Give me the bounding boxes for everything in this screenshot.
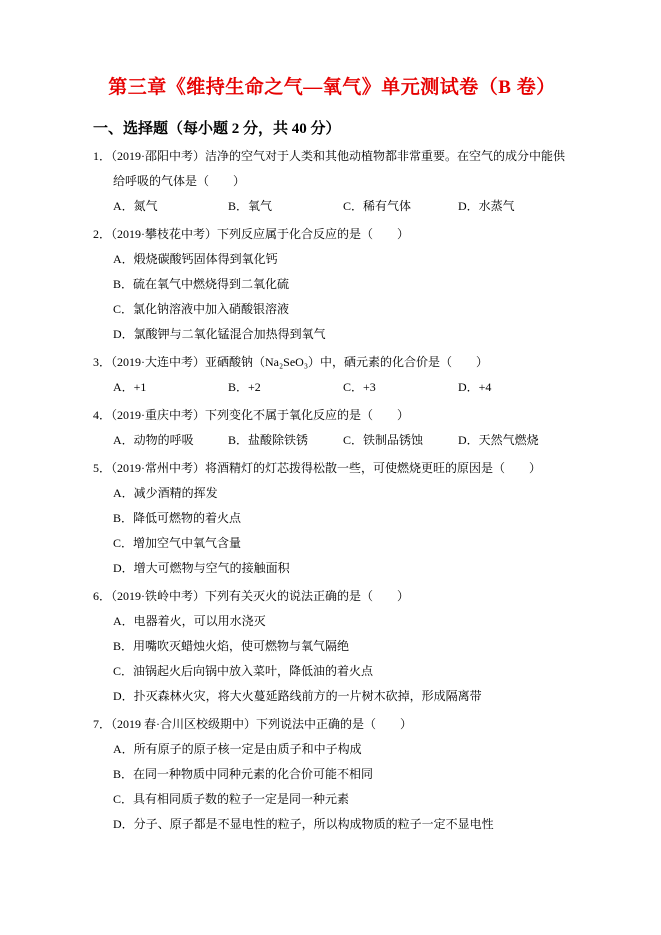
- question-5-option-C: C．增加空气中氧气含量: [93, 531, 571, 556]
- question-3-stem: 3．（2019·大连中考）亚硒酸钠（Na₂SeO₃）中，硒元素的化合价是（ ）: [93, 350, 571, 375]
- question-4-option-A: A．动物的呼吸: [113, 428, 228, 453]
- question-7-option-D: D．分子、原子都是不显电性的粒子，所以构成物质的粒子一定不显电性: [93, 812, 571, 837]
- question-6-option-B: B．用嘴吹灭蜡烛火焰，使可燃物与氧气隔绝: [93, 634, 571, 659]
- question-4-option-B: B．盐酸除铁锈: [228, 428, 343, 453]
- question-6-option-C: C．油锅起火后向锅中放入菜叶，降低油的着火点: [93, 659, 571, 684]
- question-6-option-A: A．电器着火，可以用水浇灭: [93, 609, 571, 634]
- question-7-stem: 7．（2019 春·合川区校级期中）下列说法中正确的是（ ）: [93, 712, 571, 737]
- question-1-stem: 1．（2019·邵阳中考）洁净的空气对于人类和其他动植物都非常重要。在空气的成分…: [93, 144, 571, 194]
- question-4-option-row: A．动物的呼吸B．盐酸除铁锈C．铁制品锈蚀D．天然气燃烧: [93, 428, 571, 453]
- question-3-option-B: B．+2: [228, 375, 343, 400]
- section-heading: 一、选择题（每小题 2 分，共 40 分）: [93, 117, 571, 141]
- question-1: 1．（2019·邵阳中考）洁净的空气对于人类和其他动植物都非常重要。在空气的成分…: [93, 144, 571, 219]
- question-2-option-B: B．硫在氧气中燃烧得到二氧化硫: [93, 272, 571, 297]
- question-3-option-D: D．+4: [458, 375, 571, 400]
- questions-list: 1．（2019·邵阳中考）洁净的空气对于人类和其他动植物都非常重要。在空气的成分…: [93, 144, 571, 837]
- question-3-option-A: A．+1: [113, 375, 228, 400]
- question-5-option-D: D．增大可燃物与空气的接触面积: [93, 556, 571, 581]
- question-2-option-A: A．煅烧碳酸钙固体得到氧化钙: [93, 247, 571, 272]
- question-5-stem: 5．（2019·常州中考）将酒精灯的灯芯拨得松散一些，可使燃烧更旺的原因是（ ）: [93, 456, 571, 481]
- question-2-stem: 2．（2019·攀枝花中考）下列反应属于化合反应的是（ ）: [93, 222, 571, 247]
- page-title: 第三章《维持生命之气—氧气》单元测试卷（B 卷）: [93, 75, 571, 101]
- question-3-option-row: A．+1B．+2C．+3D．+4: [93, 375, 571, 400]
- question-7-option-A: A．所有原子的原子核一定是由质子和中子构成: [93, 737, 571, 762]
- question-1-option-B: B．氧气: [228, 194, 343, 219]
- question-5-option-B: B．降低可燃物的着火点: [93, 506, 571, 531]
- test-paper-page: 第三章《维持生命之气—氧气》单元测试卷（B 卷） 一、选择题（每小题 2 分，共…: [0, 0, 571, 837]
- question-2-option-D: D．氯酸钾与二氧化锰混合加热得到氧气: [93, 322, 571, 347]
- question-4-option-C: C．铁制品锈蚀: [343, 428, 458, 453]
- question-4: 4．（2019·重庆中考）下列变化不属于氧化反应的是（ ）A．动物的呼吸B．盐酸…: [93, 403, 571, 453]
- question-6: 6．（2019·铁岭中考）下列有关灭火的说法正确的是（ ）A．电器着火，可以用水…: [93, 584, 571, 709]
- question-1-option-row: A．氮气B．氧气C．稀有气体D．水蒸气: [93, 194, 571, 219]
- question-7-option-B: B．在同一种物质中同种元素的化合价可能不相同: [93, 762, 571, 787]
- question-2-option-C: C．氯化钠溶液中加入硝酸银溶液: [93, 297, 571, 322]
- question-1-option-C: C．稀有气体: [343, 194, 458, 219]
- question-2: 2．（2019·攀枝花中考）下列反应属于化合反应的是（ ）A．煅烧碳酸钙固体得到…: [93, 222, 571, 347]
- question-1-option-D: D．水蒸气: [458, 194, 571, 219]
- question-3-option-C: C．+3: [343, 375, 458, 400]
- question-5-option-A: A．减少酒精的挥发: [93, 481, 571, 506]
- question-7-option-C: C．具有相同质子数的粒子一定是同一种元素: [93, 787, 571, 812]
- question-6-option-D: D．扑灭森林火灾，将大火蔓延路线前方的一片树木砍掉，形成隔离带: [93, 684, 571, 709]
- question-5: 5．（2019·常州中考）将酒精灯的灯芯拨得松散一些，可使燃烧更旺的原因是（ ）…: [93, 456, 571, 581]
- question-3: 3．（2019·大连中考）亚硒酸钠（Na₂SeO₃）中，硒元素的化合价是（ ）A…: [93, 350, 571, 400]
- question-1-option-A: A．氮气: [113, 194, 228, 219]
- question-4-option-D: D．天然气燃烧: [458, 428, 571, 453]
- question-6-stem: 6．（2019·铁岭中考）下列有关灭火的说法正确的是（ ）: [93, 584, 571, 609]
- question-7: 7．（2019 春·合川区校级期中）下列说法中正确的是（ ）A．所有原子的原子核…: [93, 712, 571, 837]
- question-4-stem: 4．（2019·重庆中考）下列变化不属于氧化反应的是（ ）: [93, 403, 571, 428]
